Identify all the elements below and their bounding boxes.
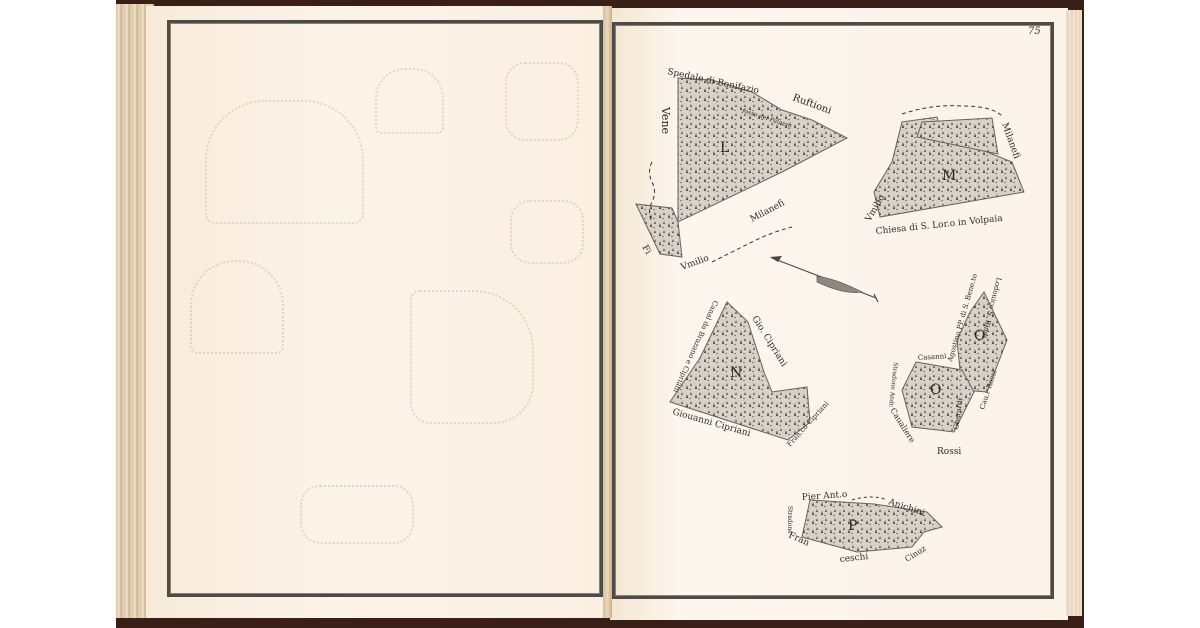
svg-text:ceschi: ceschi [839, 552, 869, 565]
svg-text:O: O [930, 382, 941, 398]
svg-text:Ruftioni: Ruftioni [791, 92, 833, 116]
svg-text:Pier Ant.o: Pier Ant.o [802, 490, 848, 503]
svg-text:P: P [848, 518, 857, 534]
svg-text:Milanefi: Milanefi [749, 198, 787, 224]
svg-text:Vene: Vene [659, 106, 672, 134]
svg-text:L: L [720, 140, 729, 156]
svg-text:Casanni: Casanni [918, 352, 948, 362]
parcel-M: M Milanefi Vmilio Chiesa di S. Lor.o in … [863, 106, 1024, 237]
parcel-N: N Canal da Brazano e Cipriani Gio. Cipri… [670, 299, 831, 448]
svg-text:Rossi: Rossi [937, 447, 961, 457]
ghost-parcel [510, 200, 584, 264]
svg-text:Vmilio: Vmilio [679, 253, 711, 273]
page-edges-right [1066, 10, 1082, 616]
cadastral-map: L Spedale di Bonifazio Ruftioni fosso de… [612, 22, 1054, 599]
svg-text:Fi: Fi [639, 244, 652, 257]
svg-text:Chiesa di S. Lor.o in Volpaia: Chiesa di S. Lor.o in Volpaia [875, 214, 1004, 237]
svg-text:M: M [942, 168, 956, 184]
book-gutter [603, 6, 612, 618]
ghost-parcel [410, 290, 534, 424]
svg-text:Stradone Andr.: Stradone Andr. [887, 362, 899, 408]
ghost-parcel [205, 100, 364, 224]
ghost-parcel [300, 485, 414, 544]
svg-text:Milanefi: Milanefi [999, 122, 1021, 161]
ghost-parcel [190, 260, 284, 354]
svg-text:N: N [730, 365, 742, 381]
compass-arrow [770, 256, 878, 302]
ghost-parcel [505, 62, 579, 141]
parcel-L: L Spedale di Bonifazio Ruftioni fosso de… [636, 67, 847, 273]
parcel-P: P Pier Ant.o Anichini Stradone Fran cesc… [786, 490, 942, 565]
ghost-parcel [375, 68, 444, 134]
